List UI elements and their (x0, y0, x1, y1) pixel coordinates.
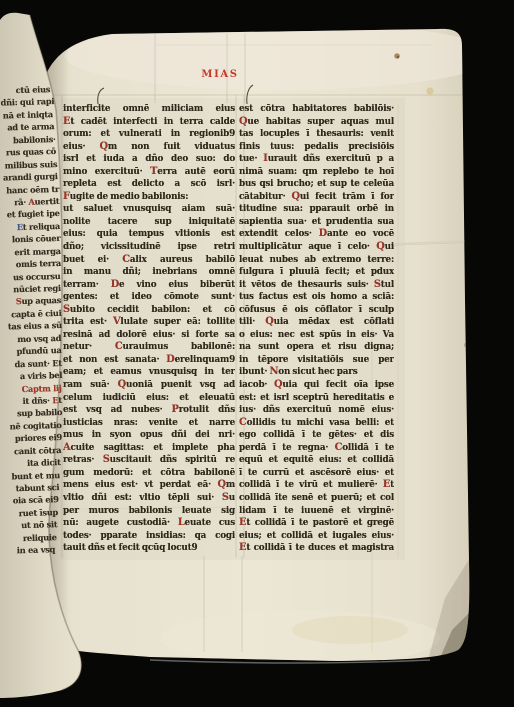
text-run: ut nō sit (21, 519, 57, 530)
text-run: uia mēdax est cōflati (274, 317, 394, 327)
text-run: ad te arma (7, 121, 54, 132)
text-run: urauimus babilonē: (123, 342, 235, 352)
text-run: lidam ī te iuuenē et virginē· (239, 506, 394, 516)
leaf-edge-text-fragment: ita dicit (10, 456, 68, 470)
text-run: eius; et collidā et iugales eius· (239, 531, 394, 541)
text-run: tabunt sci (15, 482, 59, 493)
text-run: uoniā puenit vsq ad (126, 380, 235, 390)
rubricated-letter: C (115, 341, 123, 352)
rubricated-letter: D (166, 354, 174, 365)
manuscript-text-line: eius; et collidā et iugales eius· (239, 530, 394, 543)
manuscript-text-line: orum: et vulnerati in regionib9 (63, 128, 235, 141)
manuscript-text-line: mino exercituū· Terra autē eorū (63, 166, 235, 179)
manuscript-text-line: lidam ī te iuuenē et virginē· (239, 505, 394, 518)
text-run: ius· dñs exercituū nomē eius· (239, 405, 394, 415)
manuscript-text-line: it vētos de thesauris suis· Stul (239, 279, 394, 292)
manuscript-text-line: ibunt· Non sicut hec pars (239, 366, 394, 379)
text-run: ruet īsup (18, 507, 58, 518)
text-run: uertit (34, 196, 59, 207)
manuscript-text-line: netur· Curauimus babilonē: (63, 341, 235, 354)
manuscript-text-line: collidā īte senē et puerū; et col (239, 492, 394, 505)
text-run: collidā īte senē et puerū; et col (239, 493, 394, 503)
text-column-left: interficite omnē miliciam eiusEt cadēt i… (63, 103, 235, 555)
leaf-edge-text-fragment: rus quas cō (2, 145, 60, 159)
manuscript-text-line: terram· De vino eius biberūt (63, 279, 235, 292)
text-run: euate cus (185, 518, 235, 528)
text-run: e vino eius biberūt (119, 280, 235, 290)
text-run: eius· (63, 142, 100, 152)
text-run: multiplicātur aque ī celo· (239, 242, 376, 252)
manuscript-text-line: gentes: et ideo cōmote sunt· (63, 291, 235, 304)
manuscript-text-line: mens eius est· vt perdat eā· Qm (63, 479, 235, 492)
rubricated-letter: P (172, 404, 179, 415)
manuscript-text-line: retras· Suscitauit dñs spiritū re (63, 454, 235, 467)
text-run: tauit dñs et fecit qcūq locut9 (63, 543, 197, 553)
text-run: ī te currū et ascēsorē eius· et (239, 468, 394, 478)
text-run: ante eo vocē (327, 229, 394, 239)
manuscript-text-line: o eius: nec est spūs in eis· Va (239, 329, 394, 342)
text-run: terram· (63, 280, 111, 290)
rubricated-letter: S (103, 454, 110, 465)
text-run: cuite sagittas: et implete pha (70, 443, 235, 453)
manuscript-text-line: sapientia sua· et prudentia sua (239, 216, 394, 229)
text-run: ibunt· (239, 367, 269, 377)
text-run: ue habitas super aquas mul (247, 117, 394, 127)
manuscript-text-line: Acuite sagittas: et implete pha (63, 442, 235, 455)
text-run: ubito cecidit babilon: et cō (70, 305, 235, 315)
text-run: capta ē ciui (11, 308, 62, 319)
text-run: oia scā ei9 (13, 495, 59, 506)
text-run: ollidis tu michi vasa belli: et (247, 418, 394, 428)
text-run: et non est sanata· (63, 355, 166, 365)
manuscript-text-line: interficite omnē miliciam eius (63, 103, 235, 116)
manuscript-text-line: tauit dñs et fecit qcūq locut9 (63, 542, 235, 555)
manuscript-text-line: Et cadēt interfecti in terra calde (63, 116, 235, 129)
text-run: celum iudiciū eius: et eleuatū (63, 393, 235, 403)
manuscript-text-line: nolite tacere sup iniquitatē (63, 216, 235, 229)
text-run: interficite omnē miliciam eius (63, 104, 235, 114)
manuscript-text-line: est cōtra habitatores babilōis· (239, 103, 394, 116)
manuscript-text-line: isrl et iuda a dño deo suo: do (63, 153, 235, 166)
leaf-edge-text-fragment: in ea vsq (13, 543, 71, 557)
text-run: ui fecit trām ī for (300, 192, 394, 202)
text-run: rotulit dñs (179, 405, 235, 415)
text-run: t collidā ī te pastorē et gregē (246, 518, 394, 528)
manuscript-text-line: bus qsi brucho; et sup te celeūa (239, 178, 394, 191)
text-run: tas eius a sū (8, 320, 62, 331)
manuscript-text-line: extendit celos· Dante eo vocē (239, 228, 394, 241)
manuscript-text-line: titudine sua: pparauit orbē in (239, 203, 394, 216)
manuscript-text-line: trita est· Vlulate super eā: tollite (63, 316, 235, 329)
text-run: u (229, 493, 235, 503)
text-run: lulate super eā: tollite (120, 317, 235, 327)
text-run: ollidā ī te (342, 443, 394, 453)
manuscript-text-line: na sunt opera et risu digna; (239, 341, 394, 354)
text-run: buet ei· (63, 255, 122, 265)
text-run: eius: quia tempus vltionis est (63, 229, 235, 239)
text-run: vltio dñi est: vltio tēpli sui· (63, 493, 222, 503)
text-run: milibus suis (5, 159, 58, 170)
manuscript-text-line: equū et equitē eius: et collidā (239, 454, 394, 467)
text-run: da sunt· Et (14, 358, 62, 369)
text-run: equū et equitē eius: et collidā (239, 455, 394, 465)
text-run: nūciet regi (13, 283, 61, 294)
text-run: ut saluet vnusquisq aiam suā· (63, 204, 235, 214)
text-run: trita est· (63, 317, 113, 327)
manuscript-text-line: in manu dñi; inebrians omnē (63, 266, 235, 279)
leaf-edge-text-fragment: priores ei9 (10, 431, 68, 445)
rubricated-letter: Q (100, 141, 108, 152)
text-run: sup babilo (17, 407, 62, 418)
rubricated-letter: Captm lij (21, 382, 61, 393)
leaf-edge-text-fragment: a viris bel (8, 369, 66, 383)
text-run: finis tuus: pedalis precisiōis (239, 142, 394, 152)
text-run: in manu dñi; inebrians omnē (63, 267, 235, 277)
text-run: ugite de medio babilonis: (70, 192, 188, 202)
text-run: hanc oēm tr (6, 183, 59, 194)
text-run: nū: augete custodiā· (63, 518, 178, 528)
manuscript-text-line: tas locuples ī thesauris: venit (239, 128, 394, 141)
manuscript-text-line: Et collidā ī te pastorē et gregē (239, 517, 394, 530)
text-run: repleta est delicto a scō isrl· (63, 179, 235, 189)
manuscript-text-line: buet ei· Calix aureus babilō (63, 254, 235, 267)
manuscript-text-line: Et collidā ī te duces et magistra (239, 542, 394, 555)
text-run: tili· (239, 317, 265, 327)
text-run: omis terra (16, 258, 62, 269)
manuscript-text-line: dño; vicissitudinē ipse retri (63, 241, 235, 254)
text-run: leuat nubes ab extremo terre: (239, 255, 394, 265)
manuscript-text-line: Subito cecidit babilon: et cō (63, 304, 235, 317)
text-run: t cadēt interfecti in terra calde (70, 117, 235, 127)
manuscript-text-line: Fugite de medio babilonis: (63, 191, 235, 204)
text-run: tus factus est ois homo a sciā: (239, 292, 394, 302)
text-run: it dñs· (22, 395, 52, 406)
manuscript-text-line: gum medorū: et cōtra babilonē (63, 467, 235, 480)
text-run: ui (385, 242, 394, 252)
text-run: gum medorū: et cōtra babilonē (63, 468, 235, 478)
running-header: mias (199, 69, 241, 80)
manuscript-text-line: leuat nubes ab extremo terre: (239, 254, 394, 267)
manuscript-text-line: mus in syon opus dñi dei nri· (63, 429, 235, 442)
manuscript-text-line: eius· Qm non fuit viduatus (63, 141, 235, 154)
text-run: uscitauit dñs spiritū re (110, 455, 235, 465)
rubricated-letter: N (269, 366, 278, 377)
rubricated-letter: F (63, 191, 70, 202)
text-run: on sicut hec pars (278, 367, 357, 377)
text-run: ita dicit (27, 457, 61, 468)
text-run: nā et iniqta (3, 109, 53, 120)
text-run: dñi: qui rapi (0, 96, 54, 107)
text-run: ego collidā ī te gētes· et dis (239, 430, 394, 440)
text-run: iusticias nras: venite et narre (63, 418, 235, 428)
manuscript-text-line: nimā suam: qm replebo te hoī (239, 166, 394, 179)
text-run: babilonis· (13, 134, 56, 145)
text-run: tul (381, 280, 394, 290)
rubricated-letter: Q (291, 191, 299, 202)
manuscript-text-line: Collidis tu michi vasa belli: et (239, 417, 394, 430)
manuscript-text-line: eam; et eamus vnusquisq in ter (63, 366, 235, 379)
rubricated-letter: Q (118, 379, 126, 390)
manuscript-text-line: eius: quia tempus vltionis est (63, 228, 235, 241)
manuscript-text-line: tili· Quia mēdax est cōflati (239, 316, 394, 329)
text-run: us occursu (13, 271, 61, 282)
manuscript-photo: mias interficite omnē miliciam eiusEt ca… (0, 0, 514, 707)
manuscript-text-line: cōfusus ē ois cōflator ī sculp (239, 304, 394, 317)
text-run: dño; vicissitudinē ipse retri (63, 242, 235, 252)
manuscript-text-line: tus factus est ois homo a sciā: (239, 291, 394, 304)
text-run: extendit celos· (239, 229, 319, 239)
text-run: up aquas (21, 295, 61, 306)
text-run: per muros babilonis leuate sig (63, 506, 235, 516)
manuscript-text-line: iusticias nras: venite et narre (63, 417, 235, 430)
text-run: collidā ī te virū et mulierē· (239, 480, 383, 490)
manuscript-text-line: ius· dñs exercituū nomē eius· (239, 404, 394, 417)
text-run: cōfusus ē ois cōflator ī sculp (239, 305, 394, 315)
text-run: t collidā ī te duces et magistra (246, 543, 394, 553)
manuscript-text-line: multiplicātur aque ī celo· Qui (239, 241, 394, 254)
text-run: m (226, 480, 235, 490)
text-run: in tēpore visitatiōis sue per (239, 355, 394, 365)
manuscript-text-line: nū: augete custodiā· Leuate cus (63, 517, 235, 530)
rubricated-letter: Q (218, 479, 226, 490)
text-run: rā· (14, 197, 29, 207)
text-run: erelinquam9 (175, 355, 235, 365)
text-run: gentes: et ideo cōmote sunt· (63, 292, 235, 302)
text-run: tue· (239, 154, 263, 164)
text-run: cātabitur· (239, 192, 291, 202)
text-run: isrl et iuda a dño deo suo: do (63, 154, 235, 164)
text-run: retras· (63, 455, 103, 465)
text-run: fulgura ī pluuiā fecit; et pdux (239, 267, 394, 277)
text-run: ram suā· (63, 380, 118, 390)
text-run: orum: et vulnerati in regionib9 (63, 129, 235, 139)
manuscript-text-line: in tēpore visitatiōis sue per (239, 354, 394, 367)
text-run: urauit dñs exercituū p a (268, 154, 394, 164)
rubricated-letter: S (222, 492, 229, 503)
text-run: eam; et eamus vnusquisq in ter (63, 367, 235, 377)
rubricated-letter: D (111, 279, 119, 290)
text-run: t (58, 395, 62, 405)
text-run: resinā ad dolorē eius· si forte sa (63, 330, 235, 340)
text-run: m non fuit viduatus (108, 142, 235, 152)
text-run: tas locuples ī thesauris: venit (239, 129, 394, 139)
manuscript-text-line: ram suā· Quoniā puenit vsq ad (63, 379, 235, 392)
text-run: est cōtra habitatores babilōis· (239, 104, 394, 114)
manuscript-text-line: per muros babilonis leuate sig (63, 505, 235, 518)
text-run: nimā suam: qm replebo te hoī (239, 167, 394, 177)
rubricated-letter: Q (265, 316, 273, 327)
text-run: alix aureus babilō (130, 255, 235, 265)
manuscript-text-line: Que habitas super aquas mul (239, 116, 394, 129)
text-run: in ea vsq (17, 544, 55, 555)
text-run: bus qsi brucho; et sup te celeūa (239, 179, 394, 189)
text-run: sapientia sua· et prudentia sua (239, 217, 394, 227)
manuscript-text-line: resinā ad dolorē eius· si forte sa (63, 329, 235, 342)
text-run: lonis cōuer (12, 233, 61, 244)
manuscript-text-line: collidā ī te virū et mulierē· Et (239, 479, 394, 492)
manuscript-text-line: est vsq ad nubes· Protulit dñs (63, 404, 235, 417)
manuscript-text-line: repleta est delicto a scō isrl· (63, 178, 235, 191)
rubricated-letter: C (122, 254, 130, 265)
text-run: est vsq ad nubes· (63, 405, 172, 415)
text-run: bunt et mu (11, 470, 60, 481)
rubricated-letter: C (239, 417, 247, 428)
text-run: na sunt opera et risu digna; (239, 342, 394, 352)
text-run: mens eius est· vt perdat eā· (63, 480, 218, 490)
text-run: priores ei9 (15, 432, 62, 443)
manuscript-text-line: ī te currū et ascēsorē eius· et (239, 467, 394, 480)
text-run: erra autē eorū (157, 167, 235, 177)
text-run: a viris bel (20, 370, 63, 381)
text-run: ctū eius (15, 84, 50, 95)
text-run: canit cōtra (14, 445, 61, 456)
leaf-edge-text-fragment: lonis cōuer (4, 232, 62, 246)
manuscript-text-line: vltio dñi est: vltio tēpli sui· Su (63, 492, 235, 505)
text-run: reliquie (23, 532, 57, 543)
text-run: iacob· (239, 380, 274, 390)
leaf-edge-text-fragment: omis terra (5, 257, 63, 271)
rubricated-letter: S (374, 279, 381, 290)
manuscript-text-line: cātabitur· Qui fecit trām ī for (239, 191, 394, 204)
manuscript-text-line: perdā ī te regna· Collidā ī te (239, 442, 394, 455)
text-run: et fugiet ipe (7, 208, 60, 219)
manuscript-text-line: finis tuus: pedalis precisiōis (239, 141, 394, 154)
text-run: arandi gurgi (3, 171, 58, 183)
text-run: titudine sua: pparauit orbē in (239, 204, 394, 214)
text-run: nolite tacere sup iniquitatē (63, 217, 235, 227)
manuscript-text-line: est: et isrl sceptrū hereditatis e (239, 392, 394, 405)
manuscript-text-line: et non est sanata· Derelinquam9 (63, 354, 235, 367)
leaf-edge-text-fragment: pfundū ua (7, 344, 65, 358)
text-run: t reliqua (23, 221, 60, 232)
leaf-edge-text-fragment: arandi gurgi (2, 170, 60, 184)
manuscript-text-line: ego collidā ī te gētes· et dis (239, 429, 394, 442)
text-run: rus quas cō (6, 146, 56, 157)
text-run: pfundū ua (16, 345, 61, 356)
manuscript-text-line: celum iudiciū eius: et eleuatū (63, 392, 235, 405)
manuscript-text-line: fulgura ī pluuiā fecit; et pdux (239, 266, 394, 279)
manuscript-text-line: tue· Iurauit dñs exercituū p a (239, 153, 394, 166)
text-run: it vētos de thesauris suis· (239, 280, 374, 290)
text-run: nē cogitatio (10, 420, 62, 431)
text-run: mo vsq ad (17, 333, 61, 344)
text-run: todes· pparate insidias: qa cogi (63, 531, 235, 541)
text-run: uia qui fecit oīa ipse (282, 380, 394, 390)
manuscript-text-line: ut saluet vnusquisq aiam suā· (63, 203, 235, 216)
rubricated-letter: L (178, 517, 185, 528)
manuscript-text-line: iacob· Quia qui fecit oīa ipse (239, 379, 394, 392)
text-run: mino exercituū· (63, 167, 150, 177)
rubricated-letter: Q (376, 241, 384, 252)
text-column-right: est cōtra habitatores babilōis·Que habit… (239, 103, 394, 555)
rubricated-letter: D (319, 228, 327, 239)
text-run: erit marga (14, 246, 60, 257)
text-run: perdā ī te regna· (239, 443, 335, 453)
text-run: est: et isrl sceptrū hereditatis e (239, 393, 394, 403)
text-run: mus in syon opus dñi dei nri· (63, 430, 235, 440)
text-run: t (390, 480, 394, 490)
text-run: o eius: nec est spūs in eis· Va (239, 330, 394, 340)
text-run: netur· (63, 342, 115, 352)
manuscript-text-line: todes· pparate insidias: qa cogi (63, 530, 235, 543)
